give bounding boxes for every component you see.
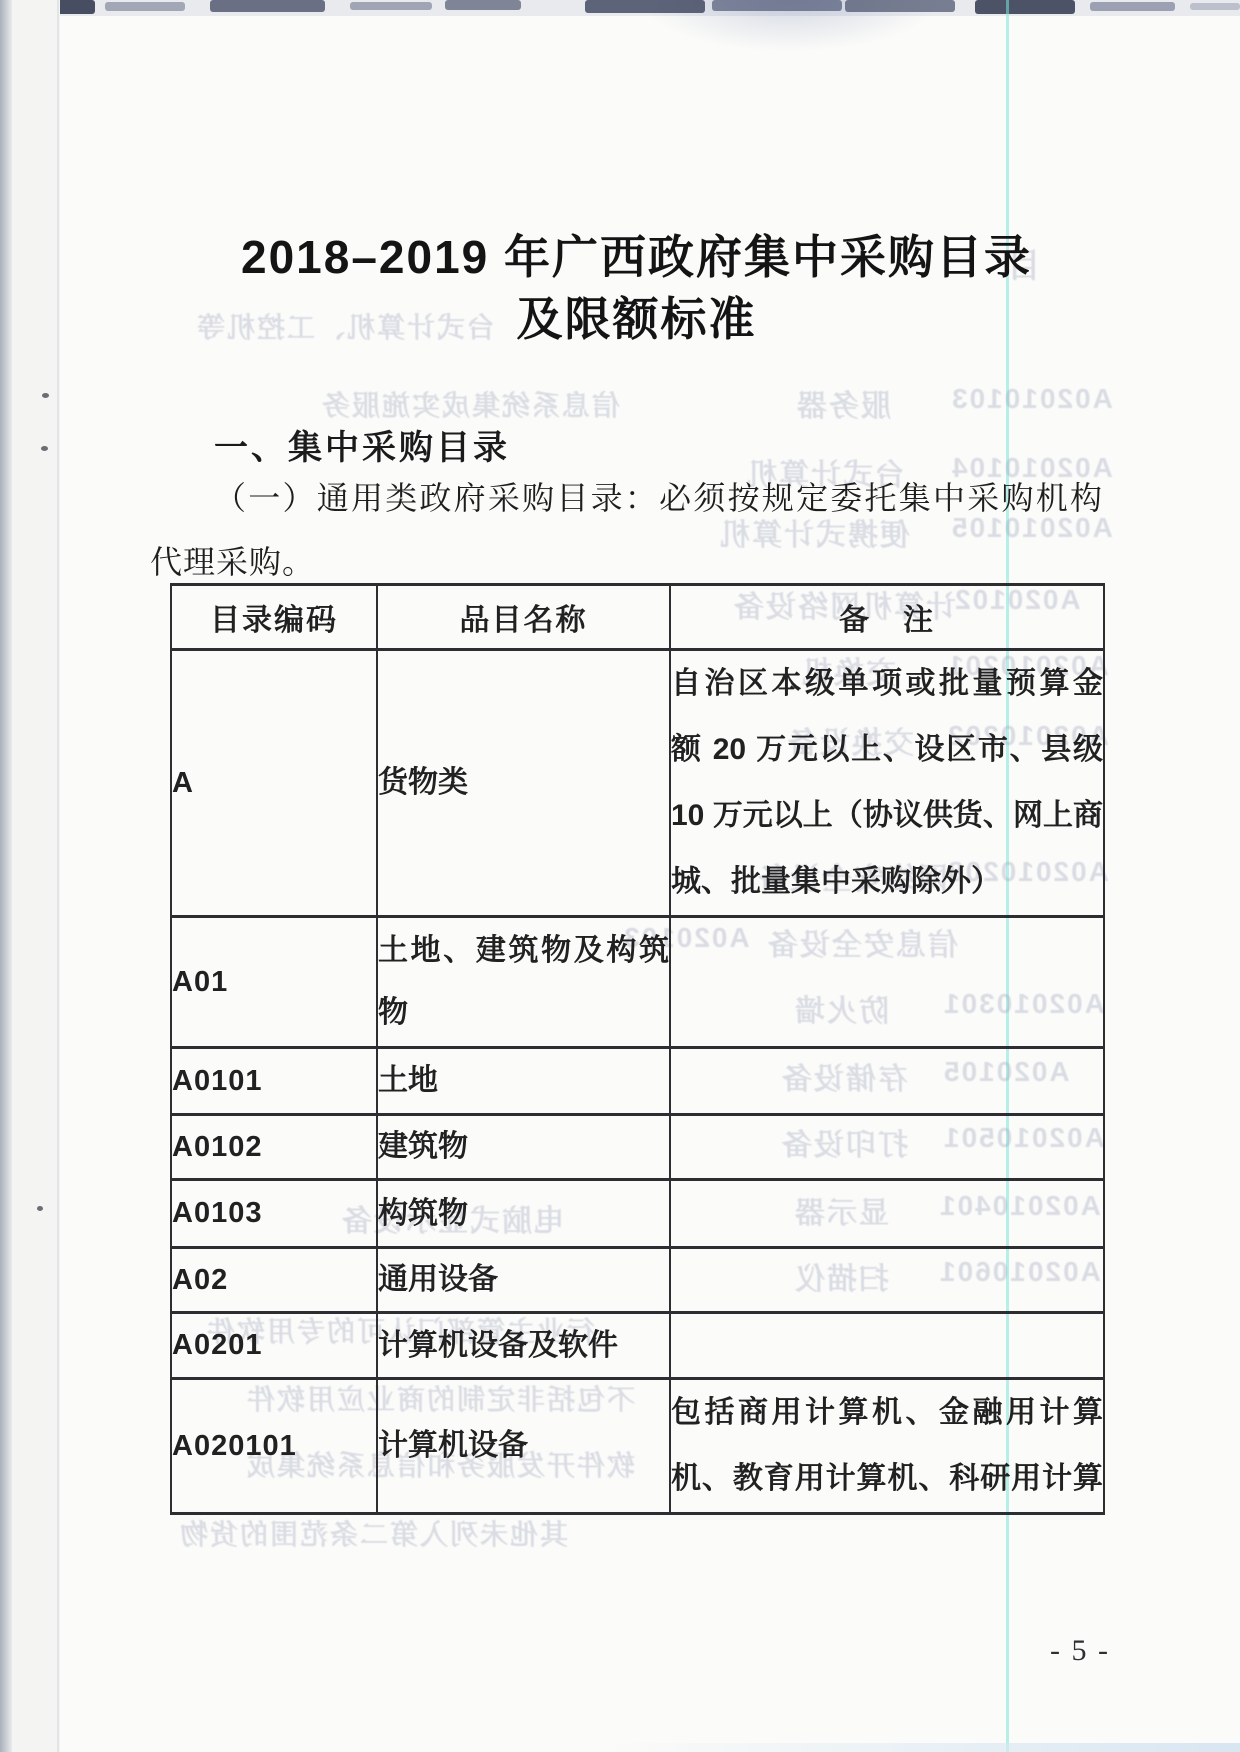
scan-smudge (712, 0, 842, 11)
cell-item-name: 货物类 (377, 650, 670, 917)
cell-text-line: 土地 (378, 1050, 669, 1112)
margin-dot-mark (41, 446, 48, 451)
cell-item-name: 土地 (377, 1048, 670, 1115)
cell-item-name: 通用设备 (377, 1248, 670, 1313)
document-title-line1: 2018–2019 年广西政府集中采购目录 (170, 226, 1103, 288)
cell-text-line: 10 万元以上（协议供货、网上商 (671, 783, 1103, 849)
cell-item-name: 土地、建筑物及构筑物 (377, 917, 670, 1048)
margin-dot-mark (42, 393, 49, 398)
scan-left-edge-shadow (0, 0, 12, 1752)
cell-text-line: 计算机设备 (378, 1415, 669, 1477)
cell-remark (670, 1115, 1104, 1180)
table-row: A0103构筑物 (171, 1180, 1104, 1248)
scanned-document-page: 台式计算机、工控机等目信息系统集成实施服务服务器A02010103台式计算机A0… (0, 0, 1240, 1752)
scan-smudge (445, 0, 521, 10)
page-number: - 5 - (1020, 1634, 1140, 1668)
cell-item-name: 计算机设备及软件 (377, 1313, 670, 1379)
cell-catalog-code: A (171, 650, 377, 917)
table-row: A货物类自治区本级单项或批量预算金额 20 万元以上、设区市、县级10 万元以上… (171, 650, 1104, 917)
scan-smudge (210, 0, 325, 12)
cell-item-name: 建筑物 (377, 1115, 670, 1180)
cell-catalog-code: A02 (171, 1248, 377, 1313)
cell-remark (670, 1048, 1104, 1115)
cell-text-line: 土地、建筑物及构筑 (378, 920, 669, 982)
cell-text-line: 计算机设备及软件 (378, 1315, 669, 1377)
cell-text-line: 通用设备 (378, 1249, 669, 1311)
cell-remark (670, 1180, 1104, 1248)
cell-text-line: 额 20 万元以上、设区市、县级 (671, 717, 1103, 783)
scan-bottom-edge-band (610, 1743, 1240, 1752)
cell-text-line: 构筑物 (378, 1183, 669, 1245)
cell-item-name: 构筑物 (377, 1180, 670, 1248)
cell-remark (670, 1313, 1104, 1379)
scan-smudge (845, 0, 955, 12)
column-header-catalog-code: 目录编码 (171, 585, 377, 650)
cell-remark: 包括商用计算机、金融用计算机、教育用计算机、科研用计算 (670, 1379, 1104, 1514)
table-row: A0201计算机设备及软件 (171, 1313, 1104, 1379)
scan-smudge (975, 0, 1075, 14)
cell-catalog-code: A020101 (171, 1379, 377, 1514)
table-row: A02通用设备 (171, 1248, 1104, 1313)
bleedthrough-text: A02010103 (950, 383, 1113, 415)
cell-text-line: 城、批量集中采购除外） (671, 849, 1103, 915)
scan-margin-band (12, 0, 60, 1752)
intro-paragraph-line1: （一）通用类政府采购目录：必须按规定委托集中采购机构 (150, 466, 1103, 530)
table-row: A01土地、建筑物及构筑物 (171, 917, 1104, 1048)
scan-smudge (350, 2, 432, 10)
section-heading: 一、集中采购目录 (214, 420, 510, 469)
scan-smudge (1190, 3, 1240, 10)
cell-text-line: 机、教育用计算机、科研用计算 (671, 1446, 1103, 1512)
cell-catalog-code: A0201 (171, 1313, 377, 1379)
scan-smudge (585, 0, 705, 13)
cell-text-line: 包括商用计算机、金融用计算 (671, 1380, 1103, 1446)
column-header-item-name: 品目名称 (377, 585, 670, 650)
table-row: A0102建筑物 (171, 1115, 1104, 1180)
cell-text-line: 自治区本级单项或批量预算金 (671, 651, 1103, 717)
document-title: 2018–2019 年广西政府集中采购目录 及限额标准 (170, 226, 1103, 350)
scan-smudge (1090, 2, 1175, 11)
cell-remark: 自治区本级单项或批量预算金额 20 万元以上、设区市、县级10 万元以上（协议供… (670, 650, 1104, 917)
procurement-catalog-table: 目录编码 品目名称 备 注 A货物类自治区本级单项或批量预算金额 20 万元以上… (170, 583, 1105, 1515)
cell-remark (670, 1248, 1104, 1313)
intro-paragraph: （一）通用类政府采购目录：必须按规定委托集中采购机构 代理采购。 (150, 466, 1103, 594)
cell-text-line: 物 (378, 982, 669, 1044)
margin-dot-mark (37, 1206, 43, 1211)
page-fold-line (57, 0, 59, 1752)
cell-remark (670, 917, 1104, 1048)
table-row: A020101计算机设备包括商用计算机、金融用计算机、教育用计算机、科研用计算 (171, 1379, 1104, 1514)
bleedthrough-text: 信息系统集成实施服务 (320, 384, 620, 424)
bleedthrough-text: 服务器 (795, 381, 891, 425)
table-header-row: 目录编码 品目名称 备 注 (171, 585, 1104, 650)
cell-text-line: 建筑物 (378, 1116, 669, 1178)
cell-catalog-code: A0103 (171, 1180, 377, 1248)
bleedthrough-text: 其他未列入第二条范围的货物 (178, 1513, 568, 1553)
cell-catalog-code: A0101 (171, 1048, 377, 1115)
cell-catalog-code: A01 (171, 917, 377, 1048)
scan-smudge (105, 2, 185, 11)
cell-catalog-code: A0102 (171, 1115, 377, 1180)
column-header-remark: 备 注 (670, 585, 1104, 650)
cell-text-line: 货物类 (378, 752, 669, 814)
table-row: A0101土地 (171, 1048, 1104, 1115)
cell-item-name: 计算机设备 (377, 1379, 670, 1514)
document-title-line2: 及限额标准 (170, 288, 1103, 350)
